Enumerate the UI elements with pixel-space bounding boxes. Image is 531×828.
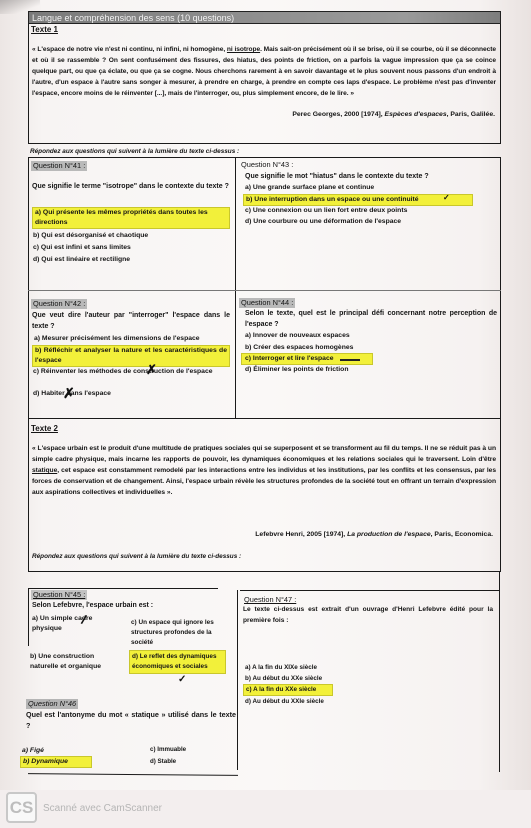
question-47-label: Question N°47 : <box>242 595 298 605</box>
texte1-citation: Perec Georges, 2000 [1974], Espèces d'es… <box>292 111 495 118</box>
question-46-option-b[interactable]: b) Dynamique <box>20 756 92 768</box>
question-43-label: Question N°43 : <box>239 160 295 170</box>
checkmark-icon: ✓ <box>443 193 450 202</box>
question-42-option-c[interactable]: c) Réinventer les méthodes de constructi… <box>33 367 229 377</box>
question-47-option-a[interactable]: a) A la fin du XIXe siècle <box>245 663 317 673</box>
camscanner-logo: CS <box>6 792 37 823</box>
texte2-paragraph-start: « L'espace urbain est le produit d'une m… <box>32 445 496 463</box>
questions-part1-divider-v <box>235 157 236 419</box>
question-43-option-b[interactable]: b) Une interruption dans un espace ou un… <box>243 194 473 206</box>
question-42-text: Que veut dire l'auteur par "interroger" … <box>32 311 230 332</box>
section-header: Langue et compréhension des sens (10 que… <box>28 11 501 24</box>
question-43-text: Que signifie le mot "hiatus" dans le con… <box>245 172 500 183</box>
question-45-option-d[interactable]: d) Le reflet des dynamiques économiques … <box>129 650 226 674</box>
texte2-paragraph-end: , cet espace est constamment remodelé pa… <box>32 467 496 496</box>
section-header-title: Langue et compréhension des sens (10 que… <box>32 12 234 24</box>
questions-part2-top-line-right <box>240 590 500 591</box>
question-46-text: Quel est l'antonyme du mot « statique » … <box>26 710 236 731</box>
texte1-paragraph-start: « L'espace de notre vie n'est ni continu… <box>32 46 227 53</box>
question-47-text: Le texte ci-dessus est extrait d'un ouvr… <box>243 605 493 626</box>
texte2-paragraph: « L'espace urbain est le produit d'une m… <box>32 443 496 498</box>
question-47-option-d[interactable]: d) Au début du XXIe siècle <box>245 697 324 707</box>
cross-mark-icon: ✗ <box>146 362 157 378</box>
camscanner-watermark: Scanné avec CamScanner <box>43 803 162 814</box>
citation-author: Lefebvre Henri, 2005 [1974], <box>255 531 347 538</box>
questions-part1-divider-h <box>28 290 501 291</box>
question-45-option-c[interactable]: c) Un espace qui ignore les structures p… <box>131 618 226 648</box>
texte1-paragraph: « L'espace de notre vie n'est ni continu… <box>32 44 496 99</box>
question-47-option-b[interactable]: b) Au début du XXe siècle <box>245 674 322 684</box>
question-44-text: Selon le texte, quel est le principal dé… <box>245 309 497 330</box>
question-45-label: Question N°45 : <box>31 590 87 600</box>
question-41-option-c[interactable]: c) Qui est infini et sans limites <box>33 243 131 253</box>
checkmark-icon: ✓ <box>178 674 186 685</box>
question-46-label: Question N°46 <box>26 699 78 709</box>
question-41-label: Question N°41 : <box>31 161 87 171</box>
question-44-option-d[interactable]: d) Éliminer les points de friction <box>245 365 348 375</box>
texte1-underlined-word: ni isotrope <box>227 46 260 53</box>
texte2-citation: Lefebvre Henri, 2005 [1974], La producti… <box>255 531 493 538</box>
question-44-label: Question N°44 : <box>239 298 295 308</box>
question-46-option-c[interactable]: c) Immuable <box>150 745 186 755</box>
question-43-option-d[interactable]: d) Une courbure ou une déformation de l'… <box>245 217 401 227</box>
texte2-underlined-word: statique <box>32 467 57 474</box>
texte2-title: Texte 2 <box>31 424 58 433</box>
pen-underline-mark <box>340 359 360 361</box>
question-42-label: Question N°42 : <box>31 299 87 309</box>
cross-mark-icon: ✗ <box>63 385 75 402</box>
question-45-text: Selon Lefebvre, l'espace urbain est : <box>32 601 153 612</box>
question-41-text: Que signifie le terme "isotrope" dans le… <box>32 182 230 193</box>
texte1-title: Texte 1 <box>31 25 58 34</box>
texte1-instruction: Répondez aux questions qui suivent à la … <box>30 148 239 155</box>
questions-part2-bottom-line <box>28 773 238 776</box>
citation-author: Perec Georges, 2000 [1974], <box>292 111 384 118</box>
citation-title: Espèces d'espaces <box>385 111 447 118</box>
question-44-option-b[interactable]: b) Créer des espaces homogènes <box>245 343 353 353</box>
question-45-option-b[interactable]: b) Une construction naturelle et organiq… <box>30 652 122 672</box>
question-46-option-a[interactable]: a) Figé <box>22 746 44 756</box>
question-42-option-a[interactable]: a) Mesurer précisément les dimensions de… <box>34 334 200 344</box>
questions-part2-divider-v <box>237 590 238 770</box>
question-47-option-c[interactable]: c) A la fin du XXe siècle <box>243 684 333 696</box>
question-43-option-c[interactable]: c) Une connexion ou un lien fort entre d… <box>245 206 407 216</box>
questions-part2-left-border <box>28 588 29 646</box>
question-46-option-d[interactable]: d) Stable <box>150 757 176 767</box>
citation-title: La production de l'espace <box>347 531 431 538</box>
scanned-page: Langue et compréhension des sens (10 que… <box>0 0 531 790</box>
citation-publisher: , Paris, Galilée. <box>447 111 495 118</box>
question-43-option-a[interactable]: a) Une grande surface plane et continue <box>245 183 374 193</box>
question-44-option-a[interactable]: a) Innover de nouveaux espaces <box>245 331 350 341</box>
questions-part2-right-border <box>499 572 500 772</box>
texte1-paragraph-end: . Mais sait-on précisément où il se bris… <box>32 46 496 97</box>
question-42-option-b[interactable]: b) Réfléchir et analyser la nature et le… <box>32 345 230 367</box>
question-41-option-d[interactable]: d) Qui est linéaire et rectiligne <box>33 255 130 265</box>
citation-publisher: , Paris, Economica. <box>431 531 493 538</box>
question-41-option-a[interactable]: a) Qui présente les mêmes propriétés dan… <box>32 207 230 229</box>
question-41-option-b[interactable]: b) Qui est désorganisé et chaotique <box>33 231 148 241</box>
texte2-instruction: Répondez aux questions qui suivent à la … <box>32 553 241 560</box>
